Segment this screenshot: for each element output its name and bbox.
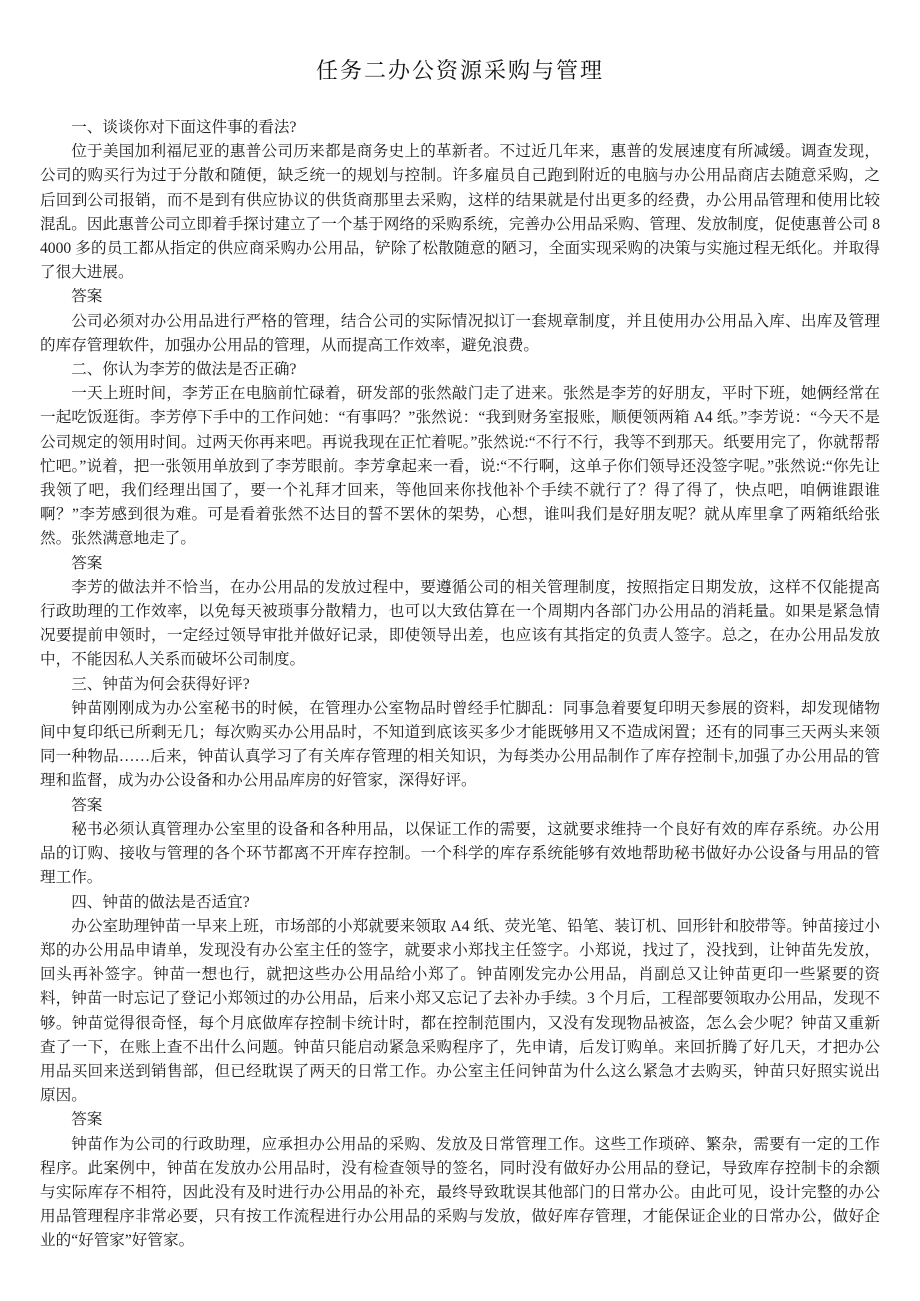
- question-1-case-text: 位于美国加利福尼亚的惠普公司历来都是商务史上的革新者。不过近几年来，惠普的发展速…: [40, 140, 880, 285]
- question-4-case-text: 办公室助理钟苗一早来上班，市场部的小郑就要来领取 A4 纸、荧光笔、铅笔、装订机…: [40, 915, 880, 1109]
- section-question-2: 二、你认为李芳的做法是否正确? 一天上班时间，李芳正在电脑前忙碌着，研发部的张然…: [40, 358, 880, 673]
- question-3-answer-text: 秘书必须认真管理办公室里的设备和各种用品，以保证工作的需要，这就要求维持一个良好…: [40, 818, 880, 891]
- question-2-case-text: 一天上班时间，李芳正在电脑前忙碌着，研发部的张然敲门走了进来。张然是李芳的好朋友…: [40, 382, 880, 551]
- question-2-answer-label: 答案: [40, 552, 880, 576]
- question-1-heading: 一、谈谈你对下面这件事的看法?: [40, 116, 880, 140]
- document-title: 任务二办公资源采购与管理: [40, 56, 880, 86]
- section-question-1: 一、谈谈你对下面这件事的看法? 位于美国加利福尼亚的惠普公司历来都是商务史上的革…: [40, 116, 880, 358]
- section-question-3: 三、钟苗为何会获得好评? 钟苗刚刚成为办公室秘书的时候，在管理办公室物品时曾经手…: [40, 673, 880, 891]
- question-3-case-text: 钟苗刚刚成为办公室秘书的时候，在管理办公室物品时曾经手忙脚乱：同事急着要复印明天…: [40, 697, 880, 794]
- question-4-answer-label: 答案: [40, 1108, 880, 1132]
- question-3-heading: 三、钟苗为何会获得好评?: [40, 673, 880, 697]
- question-1-answer-text: 公司必须对办公用品进行严格的管理，结合公司的实际情况拟订一套规章制度，并且使用办…: [40, 310, 880, 358]
- section-question-4: 四、钟苗的做法是否适宜? 办公室助理钟苗一早来上班，市场部的小郑就要来领取 A4…: [40, 891, 880, 1254]
- question-3-answer-label: 答案: [40, 794, 880, 818]
- document-page: 任务二办公资源采购与管理 一、谈谈你对下面这件事的看法? 位于美国加利福尼亚的惠…: [0, 0, 920, 1301]
- question-2-heading: 二、你认为李芳的做法是否正确?: [40, 358, 880, 382]
- question-1-answer-label: 答案: [40, 285, 880, 309]
- question-4-heading: 四、钟苗的做法是否适宜?: [40, 891, 880, 915]
- question-4-answer-text: 钟苗作为公司的行政助理，应承担办公用品的采购、发放及日常管理工作。这些工作琐碎、…: [40, 1133, 880, 1254]
- question-2-answer-text: 李芳的做法并不恰当，在办公用品的发放过程中，要遵循公司的相关管理制度，按照指定日…: [40, 576, 880, 673]
